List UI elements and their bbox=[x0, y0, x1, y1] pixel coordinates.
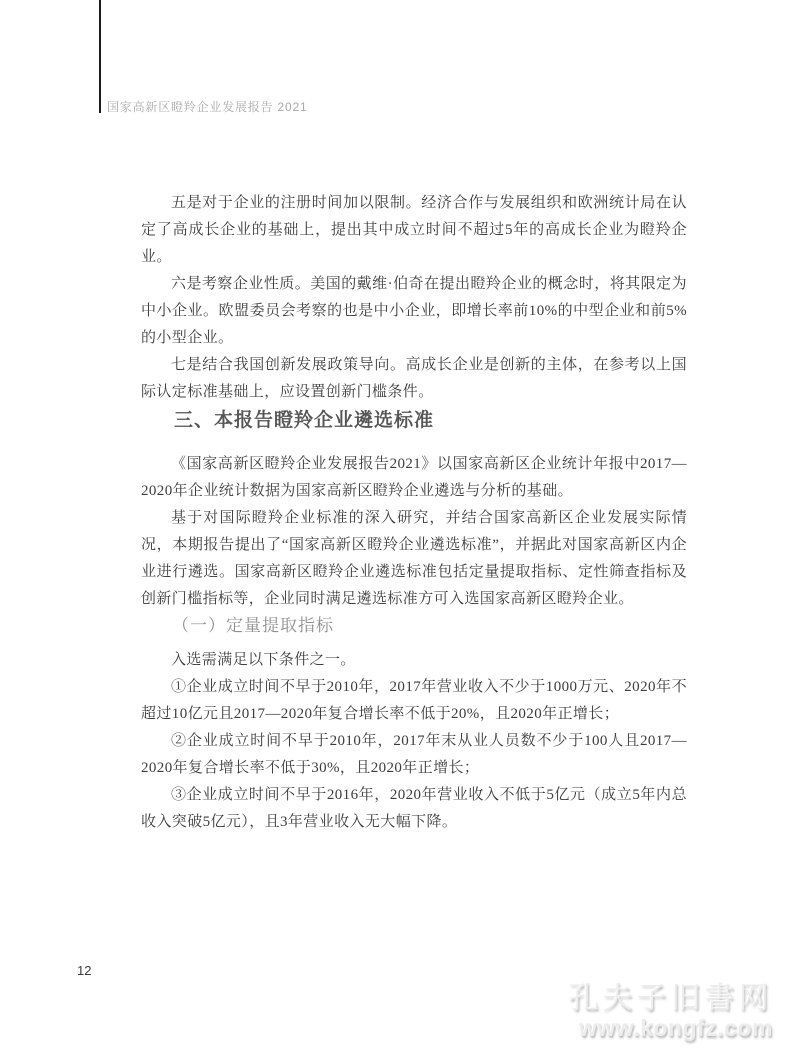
paragraph: ③企业成立时间不早于2016年，2020年营业收入不低于5亿元（成立5年内总收入… bbox=[141, 782, 687, 836]
paragraph: 五是对于企业的注册时间加以限制。经济合作与发展组织和欧洲统计局在认定了高成长企业… bbox=[141, 190, 687, 271]
paragraph: ①企业成立时间不早于2010年，2017年营业收入不少于1000万元、2020年… bbox=[141, 674, 687, 728]
running-head: 国家高新区瞪羚企业发展报告 2021 bbox=[107, 98, 307, 115]
paragraph: 入选需满足以下条件之一。 bbox=[141, 647, 687, 674]
body-text-column: 五是对于企业的注册时间加以限制。经济合作与发展组织和欧洲统计局在认定了高成长企业… bbox=[141, 190, 687, 836]
watermark-site-url: www.kongfz.com bbox=[569, 1016, 773, 1041]
section-heading: 三、本报告瞪羚企业遴选标准 bbox=[141, 406, 687, 436]
page-number: 12 bbox=[77, 963, 91, 978]
paragraph: 基于对国际瞪羚企业标准的深入研究，并结合国家高新区企业发展实际情况，本期报告提出… bbox=[141, 505, 687, 613]
paragraph: 七是结合我国创新发展政策导向。高成长企业是创新的主体，在参考以上国际认定标准基础… bbox=[141, 352, 687, 406]
paragraph: 六是考察企业性质。美国的戴维·伯奇在提出瞪羚企业的概念时，将其限定为中小企业。欧… bbox=[141, 271, 687, 352]
watermark: 孔夫子旧書网 www.kongfz.com bbox=[569, 982, 773, 1041]
paragraph: ②企业成立时间不早于2010年，2017年末从业人员数不少于100人且2017—… bbox=[141, 728, 687, 782]
subsection-heading: （一）定量提取指标 bbox=[141, 613, 687, 639]
top-edge-rule bbox=[99, 0, 101, 113]
document-page: 国家高新区瞪羚企业发展报告 2021 五是对于企业的注册时间加以限制。经济合作与… bbox=[0, 0, 790, 1064]
paragraph: 《国家高新区瞪羚企业发展报告2021》以国家高新区企业统计年报中2017—202… bbox=[141, 451, 687, 505]
watermark-site-name: 孔夫子旧書网 bbox=[569, 982, 773, 1016]
